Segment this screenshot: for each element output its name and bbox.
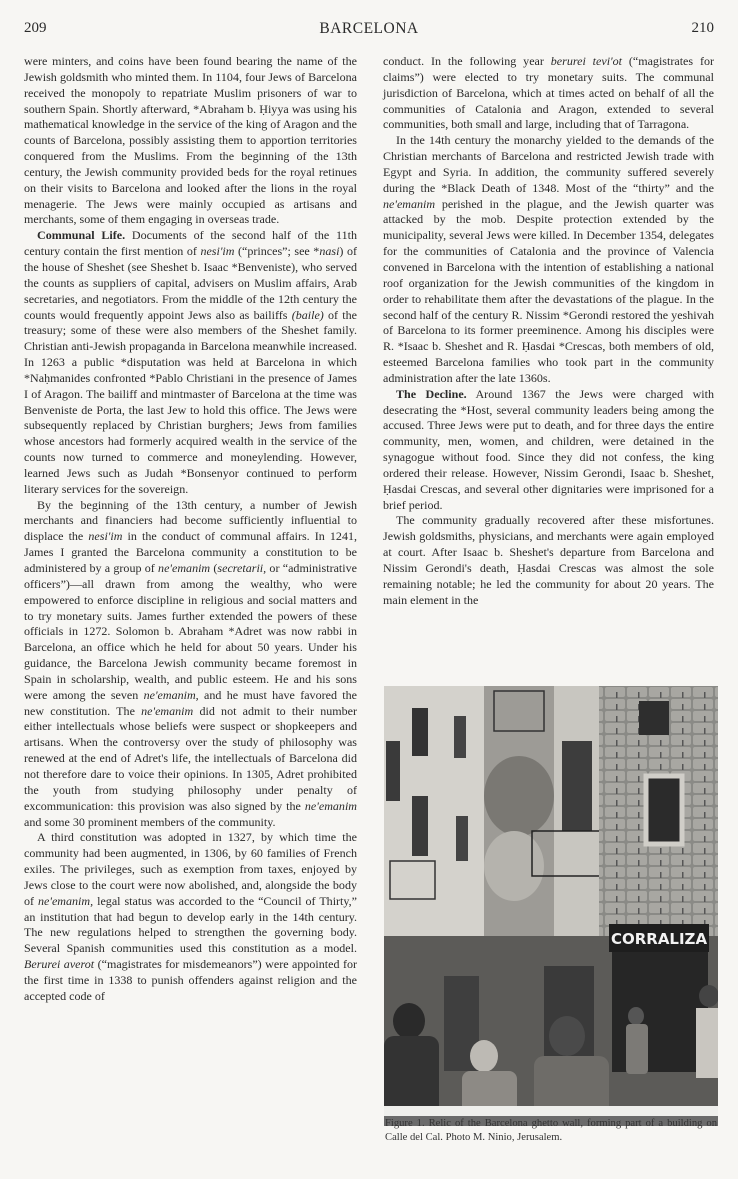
text-run: conduct. In the following year	[383, 54, 551, 68]
page-number-right: 210	[692, 20, 715, 37]
right-column: conduct. In the following year berurei t…	[383, 54, 714, 609]
paragraph: A third constitution was adopted in 1327…	[24, 830, 357, 1004]
paragraph-the-decline: The Decline. Around 1367 the Jews were c…	[383, 387, 714, 514]
running-head: 209 BARCELONA 210	[24, 20, 714, 40]
text-run: of the treasury; some of these were also…	[24, 308, 357, 496]
italic-term: (baile)	[292, 308, 324, 322]
paragraph: were minters, and coins have been found …	[24, 54, 357, 228]
paragraph: By the beginning of the 13th century, a …	[24, 498, 357, 831]
text-run: In the 14th century the monarchy yielded…	[383, 133, 714, 195]
italic-term: secretarii,	[217, 561, 266, 575]
figure-caption: Figure 1. Relic of the Barcelona ghetto …	[385, 1117, 717, 1145]
page-title: BARCELONA	[24, 20, 714, 38]
italic-term: nasi	[319, 244, 339, 258]
photo-illustration: CORRALIZA	[384, 686, 718, 1116]
section-heading-the-decline: The Decline.	[396, 387, 467, 401]
left-column: were minters, and coins have been found …	[24, 54, 357, 1005]
paragraph: The community gradually recovered after …	[383, 513, 714, 608]
italic-term: ne'emanim	[305, 799, 357, 813]
paragraph: In the 14th century the monarchy yielded…	[383, 133, 714, 387]
figure-photo-ghetto-wall: CORRALIZA	[384, 686, 718, 1126]
text-run: did not admit to their number either int…	[24, 704, 357, 813]
text-run: perished in the plague, and the Jewish q…	[383, 197, 714, 385]
italic-term: nesi'im	[200, 244, 234, 258]
italic-term: ne'emanim	[383, 197, 435, 211]
italic-term: ne'emanim,	[144, 688, 199, 702]
italic-term: Berurei averot	[24, 957, 94, 971]
text-run: and some 30 prominent members of the com…	[24, 815, 275, 829]
text-run: or “administrative officers”)—all drawn …	[24, 561, 357, 702]
italic-term: nesi'im	[88, 529, 122, 543]
text-run: Around 1367 the Jews were charged with d…	[383, 387, 714, 512]
section-heading-communal-life: Communal Life.	[37, 228, 125, 242]
paragraph-communal-life: Communal Life. Documents of the second h…	[24, 228, 357, 497]
italic-term: ne'emanim,	[38, 894, 93, 908]
paragraph: conduct. In the following year berurei t…	[383, 54, 714, 133]
shop-sign: CORRALIZA	[611, 930, 707, 948]
italic-term: ne'emanim	[141, 704, 193, 718]
italic-term: ne'emanim	[158, 561, 210, 575]
text-run: (“princes”; see *	[234, 244, 319, 258]
italic-term: berurei tevi'ot	[551, 54, 622, 68]
